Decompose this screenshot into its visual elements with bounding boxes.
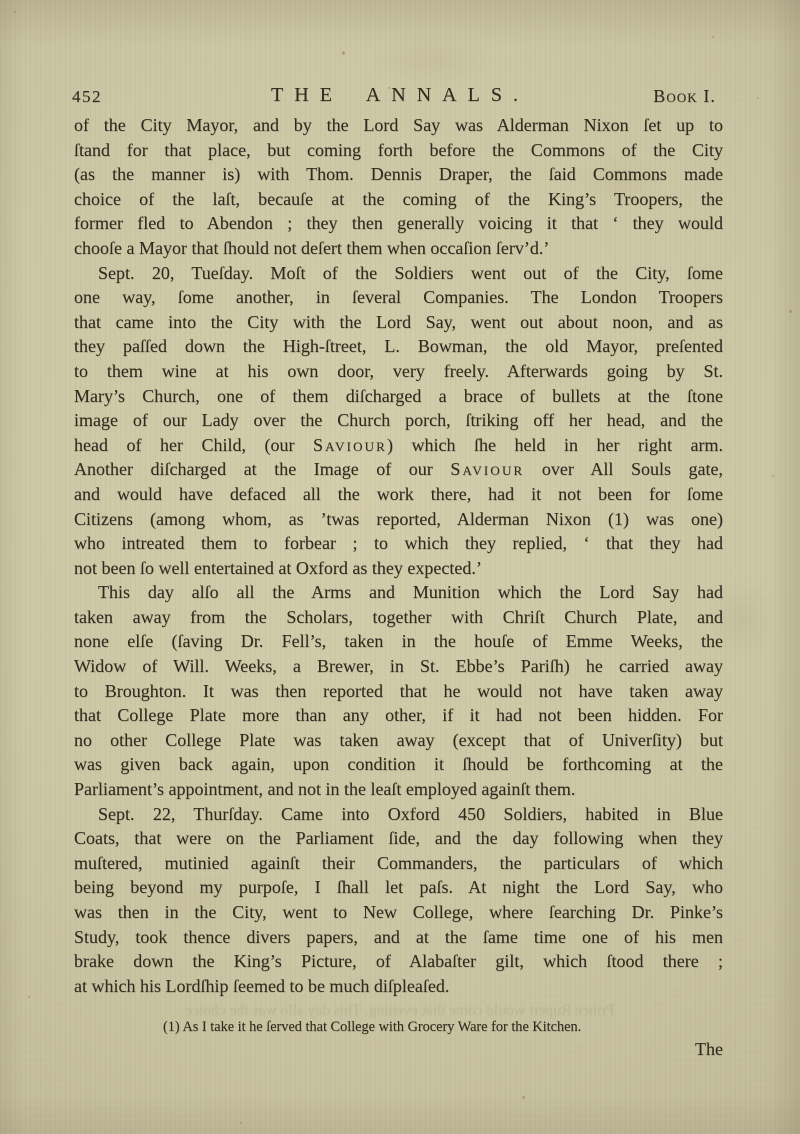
body-text: of the City Mayor, and by the Lord Say w… <box>74 113 723 998</box>
body-line: Coats, that were on the Parliament ſide,… <box>74 826 723 851</box>
small-caps-word: Saviour <box>450 459 524 479</box>
body-line: Sept. 22, Thurſday. Came into Oxford 450… <box>74 802 723 827</box>
line-fragment: ) which ſhe held in her right arm. <box>387 435 723 455</box>
foxing-speck <box>14 11 16 13</box>
foxing-speck <box>105 640 107 642</box>
body-line: image of our Lady over the Church porch,… <box>74 408 723 433</box>
body-line: not been ſo well entertained at Oxford a… <box>74 556 723 581</box>
footnote: (1) As I take it he ſerved that College … <box>163 1019 581 1036</box>
body-line: no other College Plate was taken away (e… <box>74 728 723 753</box>
body-line: This day alſo all the Arms and Munition … <box>74 580 723 605</box>
body-line: Citizens (among whom, as ’twas reported,… <box>74 507 723 532</box>
foxing-speck <box>757 97 759 99</box>
body-line: former fled to Abendon ; they then gener… <box>74 211 723 236</box>
body-line: to Broughton. It was then reported that … <box>74 679 723 704</box>
body-line: (as the manner is) with Thom. Dennis Dra… <box>74 162 723 187</box>
foxing-speck <box>388 87 390 89</box>
body-line: muſtered, mutinied againſt their Command… <box>74 851 723 876</box>
body-line: and would have defaced all the work ther… <box>74 482 723 507</box>
foxing-speck <box>648 760 650 762</box>
foxing-speck <box>789 310 792 313</box>
body-line: ſtand for that place, but coming forth b… <box>74 138 723 163</box>
line-fragment: over All Souls gate, <box>524 459 723 479</box>
bleed-through-text: Prince Rupert would come that evening. T… <box>80 1002 720 1020</box>
body-line: of the City Mayor, and by the Lord Say w… <box>74 113 723 138</box>
body-line: Another diſcharged at the Image of our S… <box>74 457 723 482</box>
body-line: was given back again, upon condition it … <box>74 752 723 777</box>
body-line: taken away from the Scholars, together w… <box>74 605 723 630</box>
page-number: 452 <box>72 87 102 107</box>
body-line: chooſe a Mayor that ſhould not deſert th… <box>74 236 723 261</box>
body-line: that came into the City with the Lord Sa… <box>74 310 723 335</box>
body-line: was then in the City, went to New Colleg… <box>74 900 723 925</box>
foxing-speck <box>240 1122 242 1124</box>
body-line: Parliament’s appointment, and not in the… <box>74 777 723 802</box>
body-line: who intreated them to forbear ; to which… <box>74 531 723 556</box>
body-line: at which his Lordſhip ſeemed to be much … <box>74 974 723 999</box>
body-line: to them wine at his own door, very freel… <box>74 359 723 384</box>
foxing-speck <box>522 1096 525 1099</box>
body-line: Study, took thence divers papers, and at… <box>74 925 723 950</box>
body-line: brake down the King’s Picture, of Alabaſ… <box>74 949 723 974</box>
body-line: being beyond my purpoſe, I ſhall let paſ… <box>74 875 723 900</box>
foxing-speck <box>772 475 774 477</box>
body-line: Sept. 20, Tueſday. Moſt of the Soldiers … <box>74 261 723 286</box>
body-line: they paſſed down the High-ſtreet, L. Bow… <box>74 334 723 359</box>
running-title: THE ANNALS. <box>271 84 529 107</box>
foxing-speck <box>342 51 345 55</box>
catchword: The <box>695 1039 723 1060</box>
body-line: that College Plate more than any other, … <box>74 703 723 728</box>
line-fragment: head of her Child, (our <box>74 435 313 455</box>
body-line: choice of the laſt, becauſe at the comin… <box>74 187 723 212</box>
body-line: none elſe (ſaving Dr. Fell’s, taken in t… <box>74 629 723 654</box>
book-page: Prince Rupert would come that evening. T… <box>0 0 800 1134</box>
small-caps-word: Saviour <box>313 435 387 455</box>
foxing-speck <box>712 36 714 38</box>
body-line: head of her Child, (our Saviour) which ſ… <box>74 433 723 458</box>
body-line: one way, ſome another, in ſeveral Compan… <box>74 285 723 310</box>
foxing-speck <box>28 996 30 998</box>
body-line: Widow of Will. Weeks, a Brewer, in St. E… <box>74 654 723 679</box>
line-fragment: Another diſcharged at the Image of our <box>74 459 450 479</box>
body-line: Mary’s Church, one of them diſcharged a … <box>74 384 723 409</box>
book-label: Book I. <box>653 86 716 107</box>
